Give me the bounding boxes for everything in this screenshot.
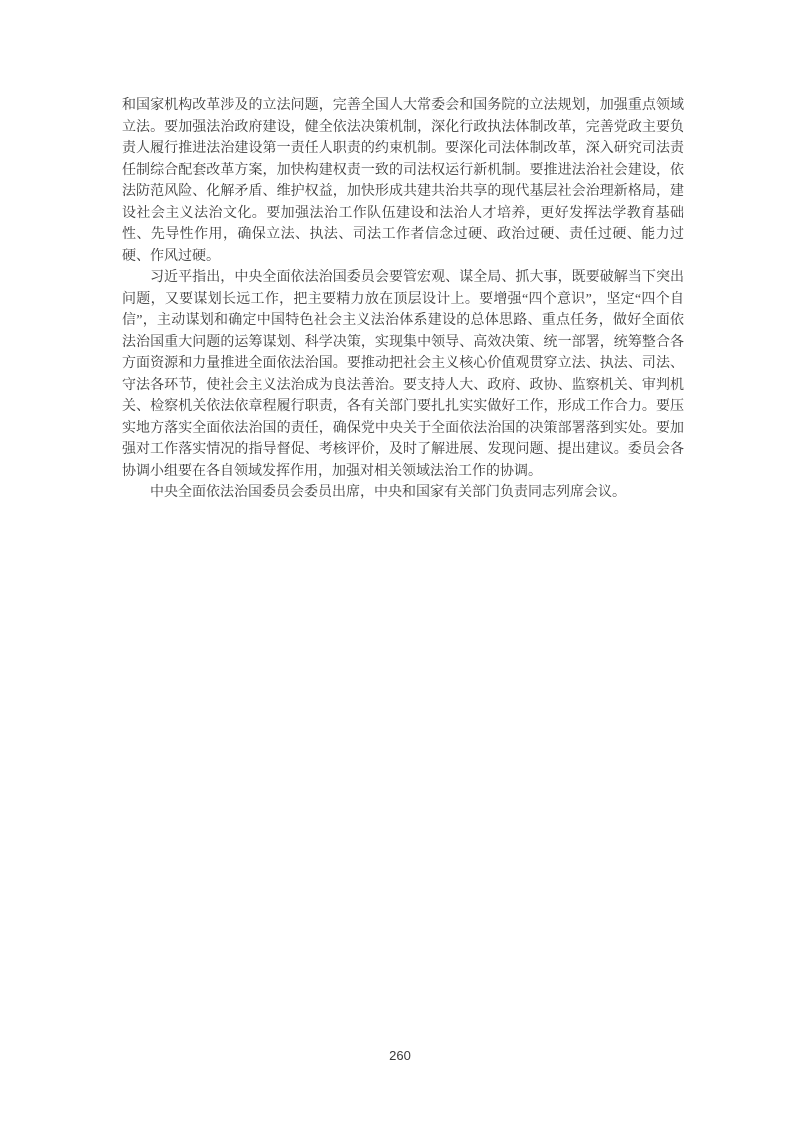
body-text: 和国家机构改革涉及的立法问题，完善全国人大常委会和国务院的立法规划，加强重点领域…	[122, 95, 684, 504]
paragraph: 习近平指出，中央全面依法治国委员会要管宏观、谋全局、抓大事，既要破解当下突出问题…	[122, 267, 684, 482]
paragraph: 中央全面依法治国委员会委员出席，中央和国家有关部门负责同志列席会议。	[122, 482, 684, 504]
document-page: 和国家机构改革涉及的立法问题，完善全国人大常委会和国务院的立法规划，加强重点领域…	[0, 0, 800, 1133]
page-number: 260	[389, 1048, 411, 1063]
paragraph-continuation: 和国家机构改革涉及的立法问题，完善全国人大常委会和国务院的立法规划，加强重点领域…	[122, 95, 684, 267]
page-footer: 260	[0, 1047, 800, 1065]
